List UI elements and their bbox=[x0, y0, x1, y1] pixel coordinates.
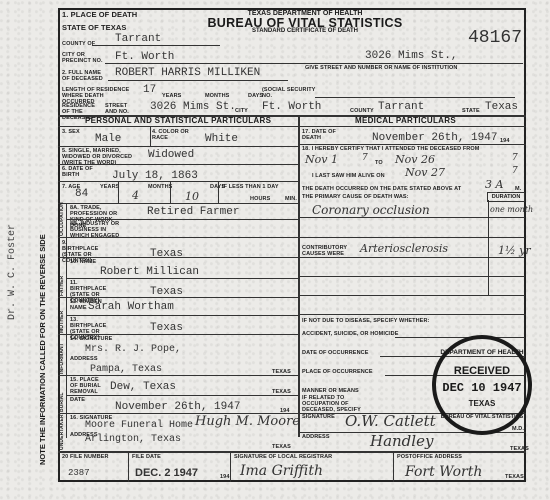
personal-section-title: PERSONAL AND STATISTICAL PARTICULARS bbox=[85, 116, 271, 125]
days-label: DAYS bbox=[248, 93, 263, 99]
cause-label: THE PRIMARY CAUSE OF DEATH WAS: bbox=[302, 194, 409, 200]
age-years: 84 bbox=[75, 188, 88, 200]
file-date-label: FILE DATE bbox=[132, 454, 161, 460]
undertaker-address: Arlington, Texas bbox=[85, 434, 181, 445]
deceased-name: ROBERT HARRIS MILLIKEN bbox=[115, 67, 260, 79]
postoffice-value: Fort Worth bbox=[405, 464, 482, 480]
res-street: 3026 Mims St. bbox=[150, 101, 236, 113]
residence-years: 17 bbox=[143, 84, 156, 96]
stamp-state: TEXAS bbox=[436, 399, 528, 408]
related-label: IF RELATED TO OCCUPATION OF DECEASED, SP… bbox=[302, 395, 382, 413]
age-months-label: MONTHS bbox=[148, 184, 172, 190]
file-date-year-suffix: 194 bbox=[220, 474, 229, 480]
res-city-label: CITY bbox=[235, 108, 248, 114]
res-county: Tarrant bbox=[378, 101, 424, 113]
occurred-time: 3 A bbox=[485, 178, 503, 191]
burial-date-label: DATE bbox=[70, 397, 85, 403]
primary-cause: Coronary occlusion bbox=[312, 203, 430, 217]
less-than-day-label: IF LESS THAN 1 DAY bbox=[222, 184, 279, 190]
mother-name: Sarah Wortham bbox=[88, 301, 174, 313]
street-value: 3026 Mims St., bbox=[365, 50, 457, 62]
contributory-cause: Arteriosclerosis bbox=[360, 242, 448, 255]
file-number: 2387 bbox=[68, 468, 90, 478]
months-label: MONTHS bbox=[205, 93, 229, 99]
place-of-death-label: 1. PLACE OF DEATH bbox=[62, 11, 137, 19]
burial-side-label: Burial bbox=[59, 393, 65, 413]
color-label: 4. COLOR OR RACE bbox=[152, 129, 192, 141]
informant-sig-label: 14. SIGNATURE bbox=[70, 336, 112, 342]
street-label: GIVE STREET AND NUMBER OR NAME OF INSTIT… bbox=[305, 65, 458, 71]
doctor-margin-note: Dr. W. C. Foster bbox=[7, 224, 18, 320]
last-saw-label: I LAST SAW him ALIVE ON bbox=[312, 173, 385, 179]
physician-address: Handley bbox=[370, 432, 433, 450]
manner-label: MANNER OR MEANS bbox=[302, 388, 359, 394]
occurrence-date-label: DATE OF OCCURRENCE bbox=[302, 350, 368, 356]
age-days: 10 bbox=[185, 190, 199, 203]
undertaker-signature: Moore Funeral Home bbox=[85, 420, 193, 431]
min-label: MIN. bbox=[285, 196, 297, 202]
certify-label: 18. I HEREBY CERTIFY THAT I ATTENDED THE… bbox=[302, 146, 479, 152]
res-city: Ft. Worth bbox=[262, 101, 321, 113]
full-name-label: 2. FULL NAME OF DECEASED bbox=[62, 70, 107, 82]
removal-value: Dew, Texas bbox=[110, 381, 176, 393]
last-saw-value: Nov 27 bbox=[405, 166, 445, 179]
contributory-label: CONTRIBUTORY CAUSES WERE bbox=[302, 245, 357, 257]
dod-value: November 26th, 1947 bbox=[372, 132, 497, 144]
removal-label: 15. PLACE OF BURIAL REMOVAL bbox=[70, 377, 102, 395]
file-date: DEC. 2 1947 bbox=[135, 467, 198, 479]
mother-side-label: MOTHER bbox=[59, 311, 65, 333]
certificate-number: 48167 bbox=[468, 28, 522, 48]
res-state-label: STATE bbox=[462, 108, 480, 114]
county-value: Tarrant bbox=[115, 33, 161, 45]
city-value: Ft. Worth bbox=[115, 51, 174, 63]
contributory-duration: 1½ yr bbox=[498, 244, 531, 257]
stamp-date: DEC 10 1947 bbox=[436, 381, 528, 395]
stamp-received: RECEIVED bbox=[436, 365, 528, 377]
registrar-label: SIGNATURE OF LOCAL REGISTRAR bbox=[234, 454, 332, 460]
res-street-label: STREET AND NO. bbox=[105, 103, 140, 115]
informant-address: Pampa, Texas bbox=[90, 364, 162, 375]
occurred-label: THE DEATH OCCURRED ON THE DATE STATED AB… bbox=[302, 186, 461, 192]
mother-birthplace: Texas bbox=[150, 322, 183, 334]
trade-value: Retired Farmer bbox=[147, 206, 239, 218]
burial-date: November 26th, 1947 bbox=[115, 401, 240, 413]
undertaker-side-label: Undertaker bbox=[59, 414, 65, 450]
age-months: 4 bbox=[132, 189, 139, 202]
texas-suffix-postoffice: TEXAS bbox=[505, 474, 524, 480]
father-side-label: FATHER bbox=[59, 276, 65, 296]
to-label: TO bbox=[375, 160, 383, 166]
dob-label: 6. DATE OF BIRTH bbox=[62, 166, 102, 178]
county-label: COUNTY OF bbox=[62, 41, 95, 47]
texas-suffix-undertaker: TEXAS bbox=[272, 444, 291, 450]
duration-label: DURATION bbox=[487, 192, 525, 202]
reverse-side-note: NOTE THE INFORMATION CALLED FOR ON THE R… bbox=[38, 234, 47, 465]
registrar-signature: Ima Griffith bbox=[240, 463, 323, 479]
attended-to-year: 7 bbox=[512, 153, 518, 163]
form-title: STANDARD CERTIFICATE OF DEATH bbox=[205, 28, 405, 34]
primary-duration: one month bbox=[490, 205, 533, 214]
sex-label: 3. SEX bbox=[62, 129, 80, 135]
birthplace-value: Texas bbox=[150, 248, 183, 260]
city-label: CITY OR PRECINCT NO. bbox=[62, 52, 104, 64]
color-value: White bbox=[205, 133, 238, 145]
physician-address-label: ADDRESS bbox=[302, 434, 330, 440]
stamp-top-arc: DEPARTMENT OF HEALTH bbox=[436, 349, 528, 356]
informant-signature: Mrs. R. J. Pope, bbox=[85, 344, 181, 355]
occupation-side-label: Occupation bbox=[59, 202, 65, 236]
attended-from-year: 7 bbox=[362, 153, 368, 163]
occurrence-place-label: PLACE OF OCCURRENCE bbox=[302, 369, 373, 375]
informant-address-label: ADDRESS bbox=[70, 356, 98, 362]
father-name: Robert Millican bbox=[100, 266, 199, 278]
received-stamp: DEPARTMENT OF HEALTH RECEIVED DEC 10 194… bbox=[432, 335, 532, 435]
postoffice-label: POSTOFFICE ADDRESS bbox=[397, 454, 462, 460]
accident-label: ACCIDENT, SUICIDE, OR HOMICIDE bbox=[302, 331, 399, 337]
stamp-bottom-arc: BUREAU OF VITAL STATISTICS bbox=[436, 414, 528, 420]
attended-from: Nov 1 bbox=[305, 153, 338, 166]
physician-signature: O.W. Catlett bbox=[345, 412, 436, 430]
state-label: STATE OF TEXAS bbox=[62, 24, 126, 32]
sex-value: Male bbox=[95, 133, 121, 145]
age-years-label: YEARS bbox=[100, 184, 119, 190]
not-disease-label: IF NOT DUE TO DISEASE, SPECIFY WHETHER: bbox=[302, 318, 429, 324]
hours-label: HOURS bbox=[250, 196, 270, 202]
dod-label: 17. DATE OF DEATH bbox=[302, 129, 337, 141]
undertaker-handsignature: Hugh M. Moore bbox=[195, 414, 300, 429]
texas-suffix-physician: TEXAS bbox=[510, 446, 529, 452]
attended-to: Nov 26 bbox=[395, 153, 435, 166]
informant-side-label: Informant bbox=[59, 343, 65, 374]
res-state: Texas bbox=[485, 101, 518, 113]
file-number-label: 20 FILE NUMBER bbox=[62, 454, 109, 460]
ssn-label: (SOCIAL SECURITY NO. bbox=[262, 87, 317, 99]
father-name-label: 10. NAME bbox=[70, 259, 96, 265]
last-saw-year: 7 bbox=[512, 166, 518, 176]
years-label: YEARS bbox=[162, 93, 181, 99]
marital-value: Widowed bbox=[148, 149, 194, 161]
physician-sig-label: SIGNATURE bbox=[302, 414, 335, 420]
medical-section-title: MEDICAL PARTICULARS bbox=[355, 116, 456, 125]
res-county-label: COUNTY bbox=[350, 108, 374, 114]
